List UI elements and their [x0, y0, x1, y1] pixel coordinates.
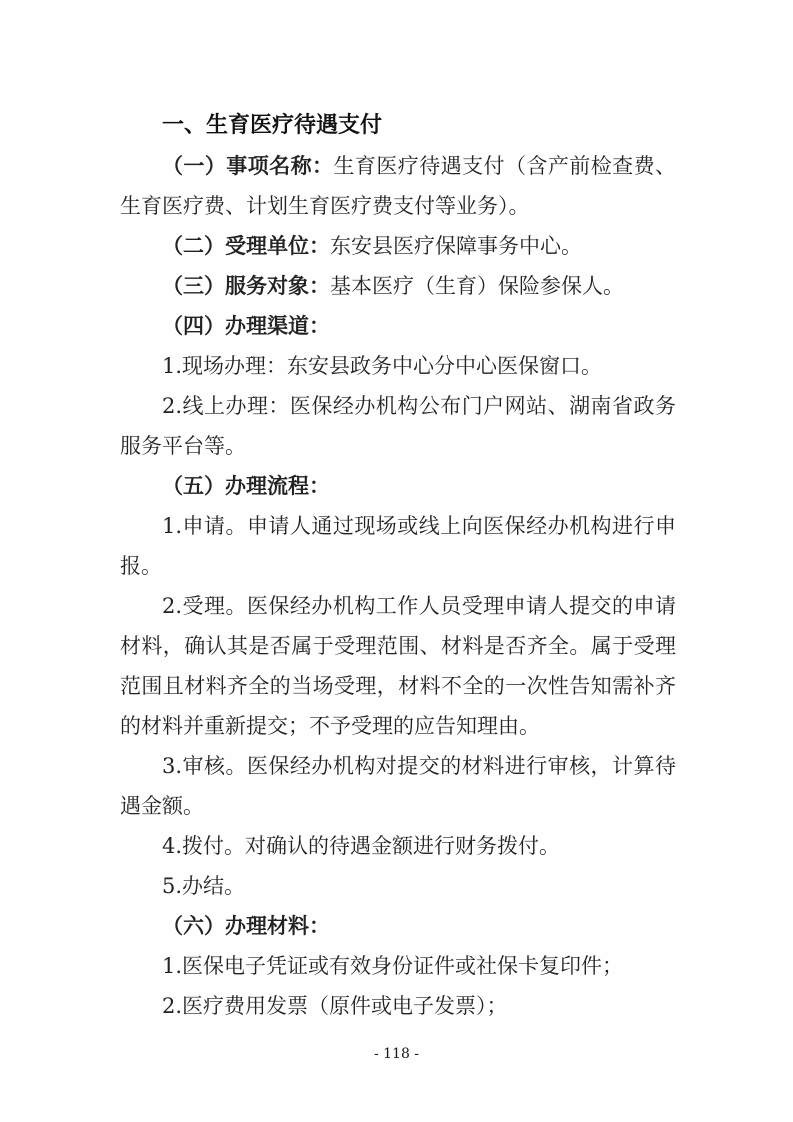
paragraph-line: （三）服务对象：基本医疗（生育）保险参保人。 [120, 266, 676, 306]
paragraph-line: 4.拨付。对确认的待遇金额进行财务拨付。 [120, 826, 676, 866]
paragraph-text: 5.办结。 [162, 874, 245, 898]
paragraph-text: 生育医疗待遇支付（含产前检查费、 [333, 154, 676, 178]
paragraph-line: 2.线上办理：医保经办机构公布门户网站、湖南省政务 [120, 386, 676, 426]
paragraph-line: 材料，确认其是否属于受理范围、材料是否齐全。属于受理 [120, 626, 676, 666]
section-heading: 一、生育医疗待遇支付 [120, 106, 676, 146]
paragraph-label: （五）办理流程： [162, 473, 330, 498]
paragraph-line: 3.审核。医保经办机构对提交的材料进行审核，计算待 [120, 746, 676, 786]
paragraph-text: 生育医疗费、计划生育医疗费支付等业务）。 [120, 194, 530, 218]
paragraph-line: 的材料并重新提交；不予受理的应告知理由。 [120, 706, 676, 746]
paragraph-text: 服务平台等。 [120, 434, 246, 458]
paragraph-label: （二）受理单位： [162, 233, 330, 258]
paragraph-line: 1.医保电子凭证或有效身份证件或社保卡复印件； [120, 946, 676, 986]
paragraph-line: （二）受理单位：东安县医疗保障事务中心。 [120, 226, 676, 266]
paragraph-text: 遇金额。 [120, 794, 204, 818]
paragraph-container: （一）事项名称：生育医疗待遇支付（含产前检查费、生育医疗费、计划生育医疗费支付等… [120, 146, 676, 1026]
paragraph-line: 1.申请。申请人通过现场或线上向医保经办机构进行申 [120, 506, 676, 546]
paragraph-text: 1.申请。申请人通过现场或线上向医保经办机构进行申 [162, 514, 676, 538]
paragraph-text: 报。 [120, 554, 162, 578]
paragraph-line: 5.办结。 [120, 866, 676, 906]
paragraph-text: 材料，确认其是否属于受理范围、材料是否齐全。属于受理 [120, 634, 676, 658]
paragraph-line: 范围且材料齐全的当场受理，材料不全的一次性告知需补齐 [120, 666, 676, 706]
document-page: 一、生育医疗待遇支付 （一）事项名称：生育医疗待遇支付（含产前检查费、生育医疗费… [0, 0, 793, 1122]
paragraph-text: 1.医保电子凭证或有效身份证件或社保卡复印件； [162, 954, 623, 978]
paragraph-line: 2.受理。医保经办机构工作人员受理申请人提交的申请 [120, 586, 676, 626]
paragraph-line: 遇金额。 [120, 786, 676, 826]
paragraph-text: 2.线上办理：医保经办机构公布门户网站、湖南省政务 [162, 394, 676, 418]
paragraph-line: 生育医疗费、计划生育医疗费支付等业务）。 [120, 186, 676, 226]
document-body: 一、生育医疗待遇支付 （一）事项名称：生育医疗待遇支付（含产前检查费、生育医疗费… [120, 106, 676, 1026]
paragraph-label: （四）办理渠道： [162, 313, 330, 338]
paragraph-text: 3.审核。医保经办机构对提交的材料进行审核，计算待 [162, 754, 676, 778]
paragraph-label: （一）事项名称： [162, 153, 333, 178]
paragraph-line: （一）事项名称：生育医疗待遇支付（含产前检查费、 [120, 146, 676, 186]
paragraph-line: （六）办理材料： [120, 906, 676, 946]
paragraph-line: （四）办理渠道： [120, 306, 676, 346]
page-number: - 118 - [0, 1044, 793, 1064]
paragraph-text: 范围且材料齐全的当场受理，材料不全的一次性告知需补齐 [120, 674, 676, 698]
paragraph-text: 1.现场办理：东安县政务中心分中心医保窗口。 [162, 354, 602, 378]
paragraph-label: （六）办理材料： [162, 913, 330, 938]
paragraph-text: 2.受理。医保经办机构工作人员受理申请人提交的申请 [162, 594, 676, 618]
paragraph-label: （三）服务对象： [162, 273, 330, 298]
paragraph-line: （五）办理流程： [120, 466, 676, 506]
paragraph-text: 的材料并重新提交；不予受理的应告知理由。 [120, 714, 540, 738]
paragraph-line: 服务平台等。 [120, 426, 676, 466]
paragraph-text: 4.拨付。对确认的待遇金额进行财务拨付。 [162, 834, 560, 858]
paragraph-text: 东安县医疗保障事务中心。 [330, 234, 582, 258]
paragraph-text: 基本医疗（生育）保险参保人。 [330, 274, 624, 298]
paragraph-line: 报。 [120, 546, 676, 586]
paragraph-line: 2.医疗费用发票（原件或电子发票）； [120, 986, 676, 1026]
paragraph-text: 2.医疗费用发票（原件或电子发票）； [162, 994, 508, 1018]
paragraph-line: 1.现场办理：东安县政务中心分中心医保窗口。 [120, 346, 676, 386]
